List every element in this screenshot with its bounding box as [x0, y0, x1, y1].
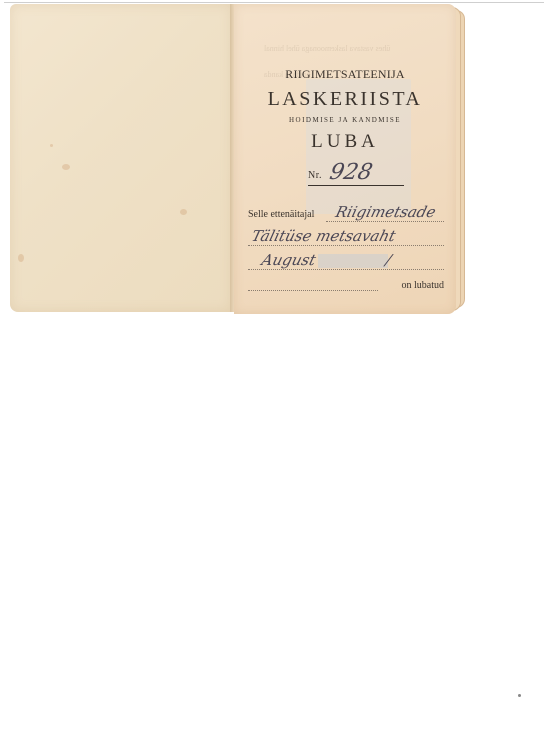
dotted-line	[248, 269, 444, 270]
permit-number: Nr. 928	[308, 164, 408, 188]
left-page	[10, 4, 232, 312]
booklet-spread: ūhes vastava laskemoonaga ūhel hinnal ho…	[10, 4, 465, 314]
right-page: ūhes vastava laskemoonaga ūhel hinnal ho…	[234, 4, 456, 314]
paper-stain	[18, 254, 24, 262]
heading-title: LASKERIISTA	[234, 88, 456, 111]
holder-line-2: Tälitüse metsavaht	[248, 226, 444, 248]
dotted-line	[248, 290, 378, 291]
heading-line-1: RIIGIMETSATEENIJA	[234, 67, 456, 82]
permit-number-label: Nr.	[308, 170, 322, 181]
permit-number-underline	[308, 185, 404, 186]
holder-label: Selle ettenäitajal	[248, 209, 314, 220]
handwritten-text: August	[260, 251, 318, 269]
paper-stain	[50, 144, 53, 147]
scan-edge	[4, 2, 544, 3]
handwritten-text: Riigimetsade	[334, 203, 438, 221]
heading-luba: LUBA	[234, 131, 456, 153]
heading-subtitle: HOIDMISE JA KANDMISE	[234, 116, 456, 124]
holder-line-1: Selle ettenäitajal Riigimetsade	[248, 202, 444, 224]
closing-text: on lubatud	[402, 280, 445, 291]
redacted-area	[318, 254, 388, 268]
scan-speck	[518, 694, 521, 697]
dotted-line	[248, 245, 444, 246]
permit-number-value: 928	[327, 160, 374, 185]
handwritten-text: Tälitüse metsavaht	[250, 227, 398, 245]
holder-line-3: August /	[248, 250, 444, 272]
paper-stain	[180, 209, 187, 215]
dotted-line	[326, 221, 444, 222]
paper-stain	[62, 164, 70, 170]
bleed-through-text: ūhes vastava laskemoonaga ūhel hinnal	[264, 44, 390, 53]
